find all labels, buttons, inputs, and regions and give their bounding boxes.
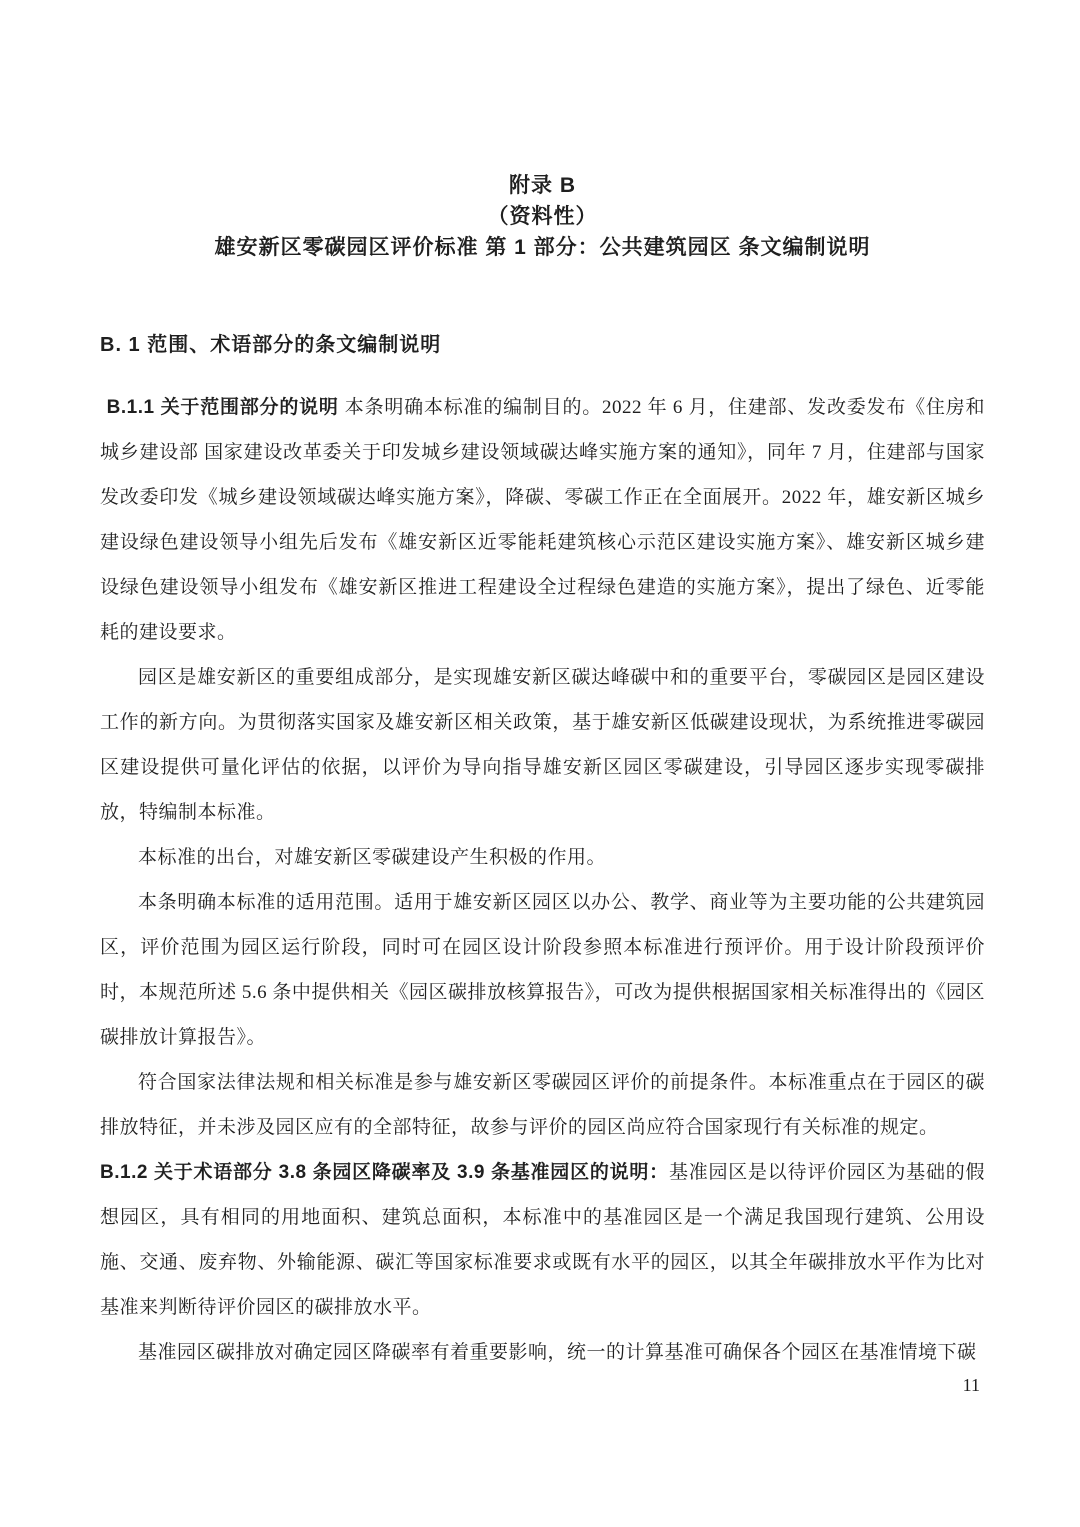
paragraph-text: 本条明确本标准的适用范围。适用于雄安新区园区以办公、教学、商业等为主要功能的公共…	[100, 892, 985, 1048]
page-number: 11	[963, 1372, 980, 1398]
paragraph-text: 基准园区碳排放对确定园区降碳率有着重要影响，统一的计算基准可确保各个园区在基准情…	[138, 1342, 977, 1363]
body-paragraph-park-role: 园区是雄安新区的重要组成部分，是实现雄安新区碳达峰碳中和的重要平台，零碳园区是园…	[100, 655, 985, 835]
body-paragraph-baseline: 基准园区碳排放对确定园区降碳率有着重要影响，统一的计算基准可确保各个园区在基准情…	[100, 1330, 985, 1375]
body-paragraph-scope: 本条明确本标准的适用范围。适用于雄安新区园区以办公、教学、商业等为主要功能的公共…	[100, 880, 985, 1060]
paragraph-text: 本标准的出台，对雄安新区零碳建设产生积极的作用。	[138, 847, 606, 868]
clause-b12-paragraph: B.1.2 关于术语部分 3.8 条园区降碳率及 3.9 条基准园区的说明：基准…	[100, 1150, 985, 1330]
paragraph-text: 园区是雄安新区的重要组成部分，是实现雄安新区碳达峰碳中和的重要平台，零碳园区是园…	[100, 667, 985, 823]
clause-b12-text: 基准园区是以待评价园区为基础的假想园区，具有相同的用地面积、建筑总面积，本标准中…	[100, 1162, 985, 1318]
section-heading: B. 1 范围、术语部分的条文编制说明	[100, 331, 985, 359]
clause-b11-lead: B.1.1 关于范围部分的说明	[107, 397, 345, 418]
body-paragraph-standard-effect: 本标准的出台，对雄安新区零碳建设产生积极的作用。	[100, 835, 985, 880]
clause-b11-paragraph: B.1.1 关于范围部分的说明 本条明确本标准的编制目的。2022 年 6 月，…	[100, 385, 985, 655]
appendix-full-title: 雄安新区零碳园区评价标准 第 1 部分：公共建筑园区 条文编制说明	[100, 232, 985, 263]
document-page: 附录 B （资料性） 雄安新区零碳园区评价标准 第 1 部分：公共建筑园区 条文…	[100, 0, 985, 1375]
appendix-label: 附录 B	[100, 170, 985, 201]
body-text: B.1.1 关于范围部分的说明 本条明确本标准的编制目的。2022 年 6 月，…	[100, 385, 985, 1375]
clause-b11-text: 本条明确本标准的编制目的。2022 年 6 月，住建部、发改委发布《住房和城乡建…	[100, 397, 985, 643]
clause-b12-lead: B.1.2 关于术语部分 3.8 条园区降碳率及 3.9 条基准园区的说明：	[100, 1162, 669, 1183]
paragraph-text: 符合国家法律法规和相关标准是参与雄安新区零碳园区评价的前提条件。本标准重点在于园…	[100, 1072, 985, 1138]
body-paragraph-precondition: 符合国家法律法规和相关标准是参与雄安新区零碳园区评价的前提条件。本标准重点在于园…	[100, 1060, 985, 1150]
appendix-type: （资料性）	[100, 201, 985, 232]
appendix-title-block: 附录 B （资料性） 雄安新区零碳园区评价标准 第 1 部分：公共建筑园区 条文…	[100, 0, 985, 263]
